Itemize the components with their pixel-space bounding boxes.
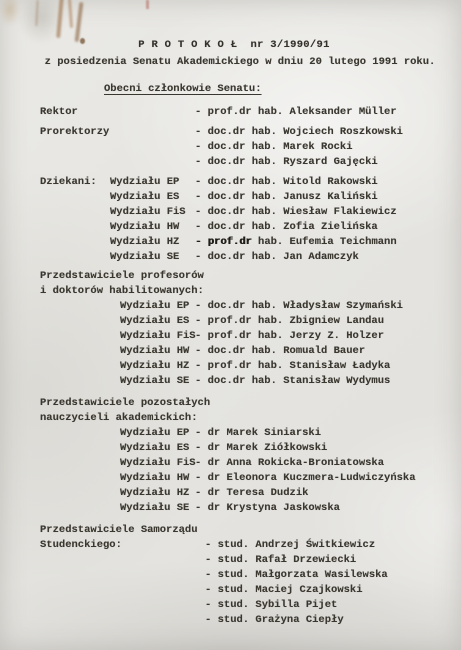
indent-spacer xyxy=(40,190,110,205)
attendee-row: Wydziału ES - doc.dr hab. Janusz Kalińsk… xyxy=(40,190,461,205)
person-name: - doc.dr hab. Janusz Kaliński xyxy=(195,190,378,205)
person-name: - stud. Sybilla Pijet xyxy=(205,598,337,613)
faculty-label: Wydziału HZ xyxy=(120,359,195,374)
person-name: - doc.dr hab. Stanisław Wydymus xyxy=(195,374,390,389)
person-name: - stud. Maciej Czajkowski xyxy=(205,583,363,598)
person-name: - dr Marek Ziółkowski xyxy=(195,441,327,456)
person-name: - stud. Andrzej Świtkiewicz xyxy=(205,538,375,553)
attendee-row: Wydziału EP - dr Marek Siniarski xyxy=(40,426,461,441)
indent-spacer xyxy=(40,456,120,471)
attendee-row: Wydziału SE - doc.dr hab. Jan Adamczyk xyxy=(40,250,461,265)
person-name: - doc.dr hab. Romuald Bauer xyxy=(195,344,365,359)
attendee-row: Wydziału HZ - dr Teresa Dudzik xyxy=(40,486,461,501)
person-name: - doc.dr hab. Wojciech Roszkowski xyxy=(195,125,403,140)
attendee-row-rektor: Rektor - prof.dr hab. Aleksander Müller xyxy=(40,105,461,120)
person-name: - doc.dr hab. Władysław Szymański xyxy=(195,299,403,314)
indent-spacer xyxy=(40,583,205,598)
person-name: - prof.dr hab. Stanisław Ładyka xyxy=(195,359,390,374)
attendee-row: Wydziału ES - prof.dr hab. Zbigniew Land… xyxy=(40,314,461,329)
attendee-row: Wydziału FiS - dr Anna Rokicka-Broniatow… xyxy=(40,456,461,471)
indent-spacer xyxy=(40,359,120,374)
attendee-row: Wydziału HW - dr Eleonora Kuczmera-Ludwi… xyxy=(40,471,461,486)
section-dziekani: Dziekani: Wydziału EP - doc.dr hab. Wito… xyxy=(40,175,461,265)
person-name-rest: hab. Eufemia Teichmann xyxy=(252,236,397,248)
attendee-row: Prorektorzy - doc.dr hab. Wojciech Roszk… xyxy=(40,125,461,140)
faculty-label: Wydziału HZ xyxy=(120,486,195,501)
person-name: - dr Marek Siniarski xyxy=(195,426,321,441)
indent-spacer xyxy=(40,553,205,568)
indent-spacer xyxy=(40,314,120,329)
section-nauczyciele: Przedstawiciele pozostałych nauczycieli … xyxy=(40,396,461,516)
document-title: P R O T O K O Ł nr 3/1990/91 xyxy=(40,38,428,53)
faculty-label: Wydziału ES xyxy=(110,190,195,205)
faculty-label: Wydziału ES xyxy=(120,441,195,456)
faculty-label: Wydziału EP xyxy=(120,299,195,314)
dziekani-label: Dziekani: xyxy=(40,175,110,190)
indent-spacer xyxy=(40,486,120,501)
attendee-row: Dziekani: Wydziału EP - doc.dr hab. Wito… xyxy=(40,175,461,190)
attendee-row: - stud. Grażyna Ciepły xyxy=(40,613,461,628)
faculty-label: Wydziału HZ xyxy=(110,235,195,250)
person-name: - doc.dr hab. Witold Rakowski xyxy=(195,175,378,190)
person-name: - prof.dr hab. Zbigniew Landau xyxy=(195,314,384,329)
person-name: - dr Eleonora Kuczmera-Ludwiczyńska xyxy=(195,471,416,486)
document-subtitle: z posiedzenia Senatu Akademickiego w dni… xyxy=(40,55,440,70)
faculty-label: Wydziału EP xyxy=(120,426,195,441)
attendee-row: Wydziału SE - dr Krystyna Jaskowska xyxy=(40,501,461,516)
person-name: - dr Anna Rokicka-Broniatowska xyxy=(195,456,384,471)
person-name: - doc.dr hab. Ryszard Gajęcki xyxy=(195,155,378,170)
attendee-row: Wydziału FiS - prof.dr hab. Jerzy Z. Hol… xyxy=(40,329,461,344)
attendee-row: - doc.dr hab. Marek Rocki xyxy=(40,140,461,155)
indent-spacer xyxy=(40,568,205,583)
attendee-row: Wydziału EP - doc.dr hab. Władysław Szym… xyxy=(40,299,461,314)
person-name: - doc.dr hab. Jan Adamczyk xyxy=(195,250,359,265)
person-name: - prof.dr hab. Aleksander Müller xyxy=(195,105,397,120)
attendee-row: Wydziału FiS - doc.dr hab. Wiesław Flaki… xyxy=(40,205,461,220)
faculty-label: Wydziału EP xyxy=(110,175,195,190)
section-studenci: Przedstawiciele Samorządu Studenckiego: … xyxy=(40,523,461,628)
faculty-label: Wydziału SE xyxy=(110,250,195,265)
faculty-label: Wydziału FiS xyxy=(120,329,195,344)
indent-spacer xyxy=(40,250,110,265)
faculty-label: Wydziału FiS xyxy=(120,456,195,471)
scanned-document-page: P R O T O K O Ł nr 3/1990/91 z posiedzen… xyxy=(0,0,461,650)
indent-spacer xyxy=(40,220,110,235)
attendee-row: Wydziału HZ - prof.dr hab. Eufemia Teich… xyxy=(40,235,461,250)
section-prorektorzy: Prorektorzy - doc.dr hab. Wojciech Roszk… xyxy=(40,125,461,170)
section-label: Przedstawiciele pozostałych xyxy=(40,396,461,411)
attendee-row: - stud. Maciej Czajkowski xyxy=(40,583,461,598)
attendee-row: - doc.dr hab. Ryszard Gajęcki xyxy=(40,155,461,170)
attendee-row: Wydziału SE - doc.dr hab. Stanisław Wydy… xyxy=(40,374,461,389)
indent-spacer xyxy=(40,329,120,344)
indent-spacer xyxy=(40,501,120,516)
indent-spacer xyxy=(40,374,120,389)
person-name: - prof.dr hab. Eufemia Teichmann xyxy=(195,235,397,250)
faculty-label: Wydziału ES xyxy=(120,314,195,329)
indent-spacer xyxy=(40,598,205,613)
person-name: - dr Krystyna Jaskowska xyxy=(195,501,340,516)
indent-spacer xyxy=(40,426,120,441)
person-name: - stud. Grażyna Ciepły xyxy=(205,613,344,628)
faculty-label: Wydziału HW xyxy=(110,220,195,235)
indent-spacer xyxy=(40,299,120,314)
person-name: - doc.dr hab. Wiesław Flakiewicz xyxy=(195,205,397,220)
attendee-row: Wydziału HW - doc.dr hab. Romuald Bauer xyxy=(40,344,461,359)
indent-spacer xyxy=(40,344,120,359)
indent-spacer xyxy=(40,235,110,250)
person-name: - doc.dr hab. Zofia Zielińska xyxy=(195,220,378,235)
person-name: - stud. Rafał Drzewiecki xyxy=(205,553,356,568)
attendee-row: - stud. Małgorzata Wasilewska xyxy=(40,568,461,583)
attendee-row: Studenckiego: - stud. Andrzej Świtkiewic… xyxy=(40,538,461,553)
attendees-heading: Obecni członkowie Senatu: xyxy=(104,82,461,97)
faculty-label: Wydziału SE xyxy=(120,374,195,389)
prorektorzy-label: Prorektorzy xyxy=(40,125,195,140)
section-label: nauczycieli akademickich: xyxy=(40,411,461,426)
indent-spacer xyxy=(40,441,120,456)
section-profesorowie: Przedstawiciele profesorów i doktorów ha… xyxy=(40,269,461,389)
document-content: P R O T O K O Ł nr 3/1990/91 z posiedzen… xyxy=(0,0,461,650)
attendee-row: Wydziału ES - dr Marek Ziółkowski xyxy=(40,441,461,456)
person-name-overstruck: - prof.dr xyxy=(195,236,252,248)
indent-spacer xyxy=(40,205,110,220)
person-name: - stud. Małgorzata Wasilewska xyxy=(205,568,388,583)
attendee-row: Wydziału HW - doc.dr hab. Zofia Zielińsk… xyxy=(40,220,461,235)
section-label: Studenckiego: xyxy=(40,538,205,553)
faculty-label: Wydziału FiS xyxy=(110,205,195,220)
section-label: i doktorów habilitowanych: xyxy=(40,284,461,299)
section-label: Przedstawiciele profesorów xyxy=(40,269,461,284)
rektor-label: Rektor xyxy=(40,105,195,120)
faculty-label: Wydziału SE xyxy=(120,501,195,516)
faculty-label: Wydziału HW xyxy=(120,471,195,486)
person-name: - dr Teresa Dudzik xyxy=(195,486,308,501)
attendee-row: - stud. Rafał Drzewiecki xyxy=(40,553,461,568)
attendee-row: Wydziału HZ - prof.dr hab. Stanisław Ład… xyxy=(40,359,461,374)
faculty-label: Wydziału HW xyxy=(120,344,195,359)
indent-spacer xyxy=(40,471,120,486)
indent-spacer xyxy=(40,155,195,170)
indent-spacer xyxy=(40,613,205,628)
indent-spacer xyxy=(40,140,195,155)
section-label: Przedstawiciele Samorządu xyxy=(40,523,461,538)
person-name: - doc.dr hab. Marek Rocki xyxy=(195,140,353,155)
person-name: - prof.dr hab. Jerzy Z. Holzer xyxy=(195,329,384,344)
attendee-row: - stud. Sybilla Pijet xyxy=(40,598,461,613)
